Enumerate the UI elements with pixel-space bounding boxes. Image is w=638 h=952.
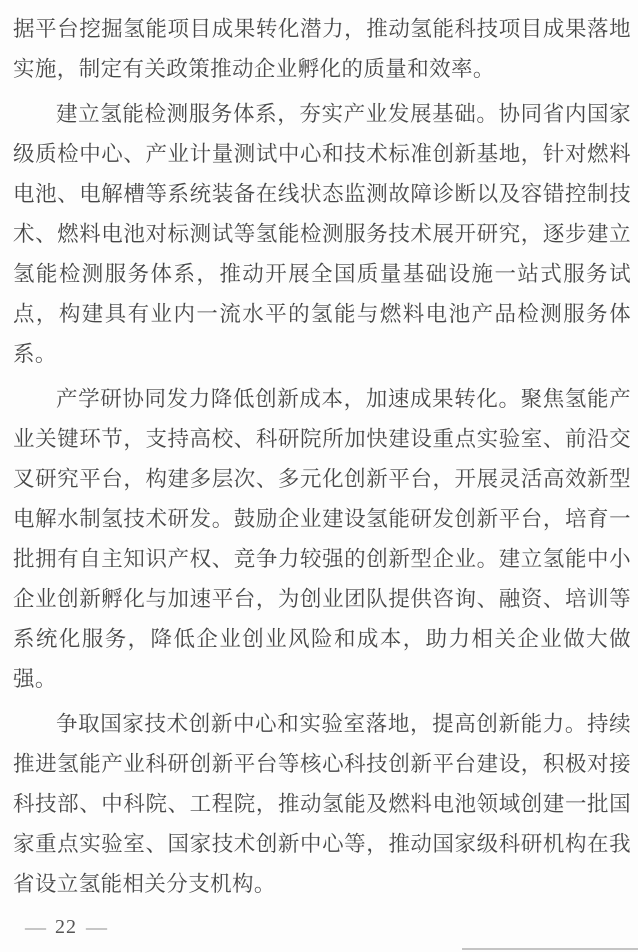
- text-line: 批拥有自主知识产权、竞争力较强的创新型企业。建立氢能中小: [13, 539, 631, 579]
- text-line: 电解水制氢技术研发。鼓励企业建设氢能研发创新平台，培育一: [13, 499, 631, 539]
- text-line: 争取国家技术创新中心和实验室落地，提高创新能力。持续: [13, 704, 631, 744]
- paragraph-national-innovation-centers: 争取国家技术创新中心和实验室落地，提高创新能力。持续 推进氢能产业科研创新平台等…: [13, 704, 631, 904]
- text-line: 电池、电解槽等系统装备在线状态监测故障诊断以及容错控制技: [13, 174, 631, 214]
- text-block: 据平台挖掘氢能项目成果转化潜力，推动氢能科技项目成果落地 实施，制定有关政策推动…: [13, 9, 631, 909]
- text-line: 科技部、中科院、工程院，推动氢能及燃料电池领域创建一批国: [13, 784, 631, 824]
- text-line: 系。: [13, 334, 631, 374]
- text-line: 实施，制定有关政策推动企业孵化的质量和效率。: [13, 49, 631, 89]
- text-line: 建立氢能检测服务体系，夯实产业发展基础。协同省内国家: [13, 94, 631, 134]
- text-line: 据平台挖掘氢能项目成果转化潜力，推动氢能科技项目成果落地: [13, 9, 631, 49]
- text-line: 强。: [13, 659, 631, 699]
- text-line: 省设立氢能相关分支机构。: [13, 864, 631, 904]
- text-line: 业关键环节，支持高校、科研院所加快建设重点实验室、前沿交: [13, 419, 631, 459]
- text-line: 推进氢能产业科研创新平台等核心科技创新平台建设，积极对接: [13, 744, 631, 784]
- text-line: 术、燃料电池对标测试等氢能检测服务技术展开研究，逐步建立: [13, 214, 631, 254]
- paragraph-industry-academia-research: 产学研协同发力降低创新成本，加速成果转化。聚焦氢能产 业关键环节，支持高校、科研…: [13, 379, 631, 699]
- scan-edge-artifact: [462, 948, 638, 950]
- text-line: 家重点实验室、国家技术创新中心等，推动国家级科研机构在我: [13, 824, 631, 864]
- page-footer: — 22 —: [25, 914, 107, 940]
- text-line: 点，构建具有业内一流水平的氢能与燃料电池产品检测服务体: [13, 294, 631, 334]
- text-line: 级质检中心、产业计量测试中心和技术标准创新基地，针对燃料: [13, 134, 631, 174]
- text-line: 叉研究平台，构建多层次、多元化创新平台，开展灵活高效新型: [13, 459, 631, 499]
- text-line: 氢能检测服务体系，推动开展全国质量基础设施一站式服务试: [13, 254, 631, 294]
- footer-dash-right: —: [86, 914, 107, 940]
- page-number: 22: [55, 916, 77, 939]
- paragraph-continuation: 据平台挖掘氢能项目成果转化潜力，推动氢能科技项目成果落地 实施，制定有关政策推动…: [13, 9, 631, 89]
- footer-dash-left: —: [25, 914, 46, 940]
- paragraph-testing-service-system: 建立氢能检测服务体系，夯实产业发展基础。协同省内国家 级质检中心、产业计量测试中…: [13, 94, 631, 374]
- text-line: 产学研协同发力降低创新成本，加速成果转化。聚焦氢能产: [13, 379, 631, 419]
- text-line: 企业创新孵化与加速平台，为创业团队提供咨询、融资、培训等: [13, 579, 631, 619]
- text-line: 系统化服务，降低企业创业风险和成本，助力相关企业做大做: [13, 619, 631, 659]
- document-page: 据平台挖掘氢能项目成果转化潜力，推动氢能科技项目成果落地 实施，制定有关政策推动…: [0, 0, 638, 952]
